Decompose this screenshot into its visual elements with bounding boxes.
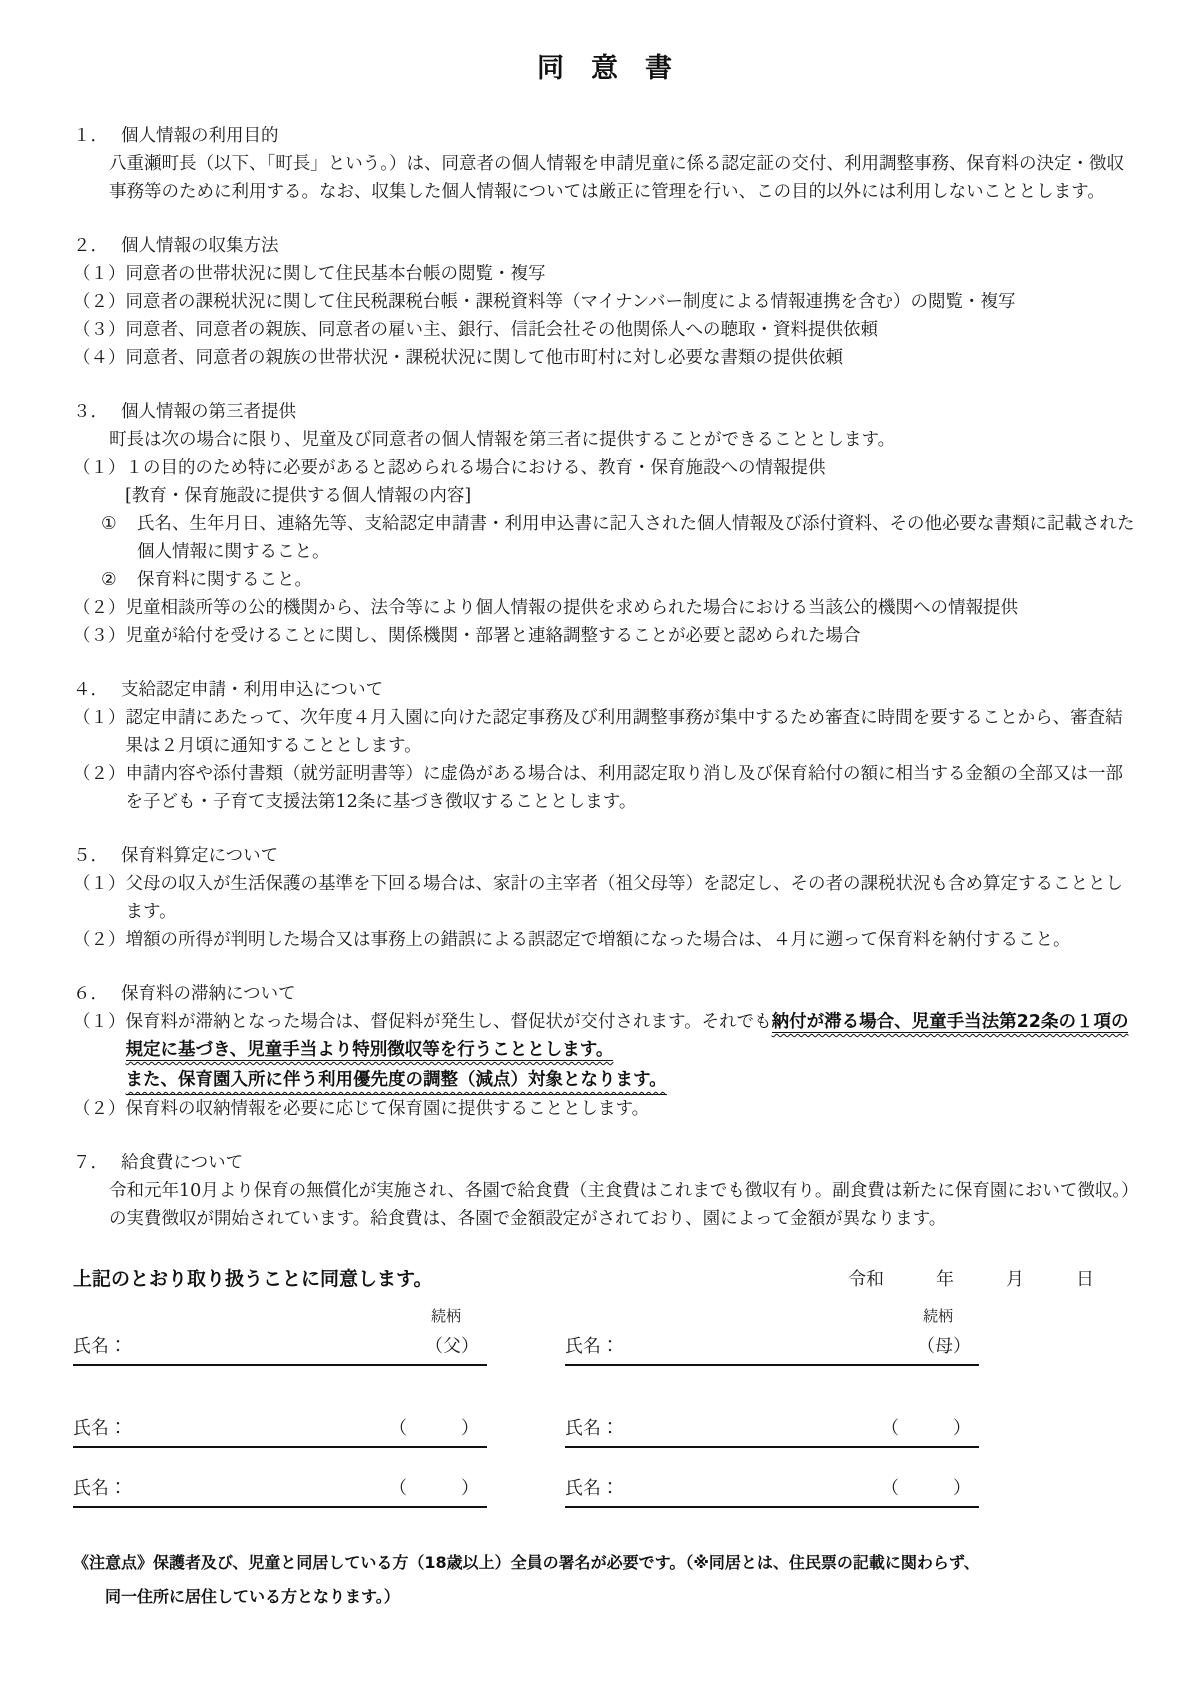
section-number: ７．: [73, 1149, 109, 1177]
item-text: 児童相談所等の公的機関から、法令等により個人情報の提供を求められた場合における当…: [126, 594, 1137, 622]
item-label: （１）: [73, 1008, 126, 1036]
item-text-plain: 保育料が滞納となった場合は、督促料が発生し、督促状が交付されます。それでも: [126, 1012, 772, 1032]
list-item: （１） 認定申請にあたって、次年度４月入園に向けた認定事務及び利用調整事務が集中…: [73, 704, 1136, 760]
signature-line-extra[interactable]: 氏名： （ ）: [565, 1470, 979, 1508]
list-item: （２） 同意者の課税状況に関して住民税課税台帳・課税資料等（マイナンバー制度によ…: [73, 288, 1136, 316]
relationship-value: （母）: [917, 1333, 979, 1361]
section-6: ６．保育料の滞納について （１） 保育料が滞納となった場合は、督促料が発生し、督…: [73, 980, 1136, 1123]
day-label: 日: [1076, 1266, 1094, 1294]
section-number: ３．: [73, 398, 109, 426]
section-title: 個人情報の第三者提供: [121, 402, 296, 422]
item-text: 増額の所得が判明した場合又は事務上の錯誤による誤認定で増額になった場合は、４月に…: [126, 926, 1137, 954]
sub-item-label: ②: [101, 566, 137, 594]
signature-line-father[interactable]: 氏名： （父）: [73, 1328, 487, 1366]
section-title: 保育料の滞納について: [121, 984, 296, 1004]
signature-line-extra[interactable]: 氏名： （ ）: [565, 1410, 979, 1448]
signature-line-extra[interactable]: 氏名： （ ）: [73, 1470, 487, 1508]
section-number: ６．: [73, 980, 109, 1008]
item-text: 保育料の収納情報を必要に応じて保育園に提供することとします。: [126, 1095, 1137, 1123]
section-title: 個人情報の収集方法: [121, 236, 279, 256]
name-label: 氏名：: [73, 1475, 127, 1503]
relationship-header: 続柄: [73, 1304, 487, 1328]
section-heading: ７．給食費について: [73, 1149, 1136, 1177]
section-lead: 町長は次の場合に限り、児童及び同意者の個人情報を第三者に提供することができること…: [73, 426, 1136, 454]
list-item: （２） 保育料の収納情報を必要に応じて保育園に提供することとします。: [73, 1095, 1136, 1123]
sub-item-text: 氏名、生年月日、連絡先等、支給認定申請書・利用申込書に記入された個人情報及び添付…: [137, 510, 1136, 566]
signature-column-left: 続柄 氏名： （父） 氏名： （ ） 氏名： （ ）: [73, 1304, 487, 1508]
consent-statement: 上記のとおり取り扱うことに同意します。: [73, 1265, 432, 1293]
item-text: 申請内容や添付書類（就労証明書等）に虚偽がある場合は、利用認定取り消し及び保育給…: [126, 760, 1137, 816]
item-label: （２）: [73, 288, 126, 316]
signature-line-extra[interactable]: 氏名： （ ）: [73, 1410, 487, 1448]
relationship-value: （ ）: [389, 1415, 487, 1443]
note: 《注意点》保護者及び、児童と同居している方（18歳以上）全員の署名が必要です。（…: [73, 1546, 1136, 1614]
era-label: 令和: [848, 1266, 884, 1294]
relationship-value: （ ）: [881, 1475, 979, 1503]
relationship-value: （ ）: [881, 1415, 979, 1443]
name-label: 氏名：: [565, 1415, 619, 1443]
item-label: （２）: [73, 926, 126, 954]
relationship-value: （ ）: [389, 1475, 487, 1503]
section-number: ２．: [73, 232, 109, 260]
section-5: ５．保育料算定について （１） 父母の収入が生活保護の基準を下回る場合は、家計の…: [73, 842, 1136, 954]
list-item: （１） 保育料が滞納となった場合は、督促料が発生し、督促状が交付されます。それで…: [73, 1008, 1136, 1095]
note-line: 《注意点》保護者及び、児童と同居している方（18歳以上）全員の署名が必要です。（…: [73, 1546, 1136, 1580]
section-title: 保育料算定について: [121, 846, 278, 866]
section-heading: ３．個人情報の第三者提供: [73, 398, 1136, 426]
signature-line-mother[interactable]: 氏名： （母）: [565, 1328, 979, 1366]
consent-form-page: 同 意 書 １．個人情報の利用目的 八重瀬町長（以下、「町長」という。）は、同意…: [0, 0, 1200, 1697]
section-1: １．個人情報の利用目的 八重瀬町長（以下、「町長」という。）は、同意者の個人情報…: [73, 122, 1136, 206]
item-text: 保育料が滞納となった場合は、督促料が発生し、督促状が交付されます。それでも納付が…: [126, 1008, 1137, 1095]
bracket-note: [教育・保育施設に提供する個人情報の内容]: [73, 482, 1136, 510]
section-heading: ２．個人情報の収集方法: [73, 232, 1136, 260]
section-heading: ５．保育料算定について: [73, 842, 1136, 870]
list-item: （２） 申請内容や添付書類（就労証明書等）に虚偽がある場合は、利用認定取り消し及…: [73, 760, 1136, 816]
sub-item-label: ①: [101, 510, 137, 538]
section-title: 支給認定申請・利用申込について: [121, 680, 383, 700]
item-label: （１）: [73, 454, 126, 482]
item-label: （２）: [73, 1095, 126, 1123]
item-text: １の目的のため特に必要があると認められる場合における、教育・保育施設への情報提供: [126, 454, 1137, 482]
name-label: 氏名：: [73, 1415, 127, 1443]
item-label: （３）: [73, 622, 126, 650]
item-text: 同意者の世帯状況に関して住民基本台帳の閲覧・複写: [126, 260, 1137, 288]
date-line[interactable]: 令和 年 月 日: [848, 1266, 1094, 1294]
list-item: （２） 増額の所得が判明した場合又は事務上の錯誤による誤認定で増額になった場合は…: [73, 926, 1136, 954]
relationship-header: 続柄: [565, 1304, 979, 1328]
consent-row: 上記のとおり取り扱うことに同意します。 令和 年 月 日: [73, 1265, 1136, 1294]
item-text: 同意者、同意者の親族、同意者の雇い主、銀行、信託会社その他関係人への聴取・資料提…: [126, 316, 1137, 344]
signature-column-right: 続柄 氏名： （母） 氏名： （ ） 氏名： （ ）: [565, 1304, 979, 1508]
section-title: 個人情報の利用目的: [121, 126, 279, 146]
name-label: 氏名：: [565, 1475, 619, 1503]
name-label: 氏名：: [565, 1333, 619, 1361]
item-label: （２）: [73, 760, 126, 788]
section-3: ３．個人情報の第三者提供 町長は次の場合に限り、児童及び同意者の個人情報を第三者…: [73, 398, 1136, 650]
sub-list-item: ② 保育料に関すること。: [73, 566, 1136, 594]
section-title: 給食費について: [121, 1153, 243, 1173]
section-number: ４．: [73, 676, 109, 704]
list-item: （２） 児童相談所等の公的機関から、法令等により個人情報の提供を求められた場合に…: [73, 594, 1136, 622]
item-label: （４）: [73, 344, 126, 372]
list-item: （１） 同意者の世帯状況に関して住民基本台帳の閲覧・複写: [73, 260, 1136, 288]
item-text: 父母の収入が生活保護の基準を下回る場合は、家計の主宰者（祖父母等）を認定し、その…: [126, 870, 1137, 926]
signature-block: 続柄 氏名： （父） 氏名： （ ） 氏名： （ ） 続柄 氏名： （母） 氏名…: [73, 1304, 1136, 1508]
section-heading: １．個人情報の利用目的: [73, 122, 1136, 150]
item-text: 認定申請にあたって、次年度４月入園に向けた認定事務及び利用調整事務が集中するため…: [126, 704, 1137, 760]
emphasis-text: また、保育園入所に伴う利用優先度の調整（減点）対象となります。: [126, 1066, 667, 1095]
section-number: ５．: [73, 842, 109, 870]
section-heading: ４．支給認定申請・利用申込について: [73, 676, 1136, 704]
month-label: 月: [1006, 1266, 1024, 1294]
item-text: 同意者、同意者の親族の世帯状況・課税状況に関して他市町村に対し必要な書類の提供依…: [126, 344, 1137, 372]
item-label: （３）: [73, 316, 126, 344]
sub-list-item: ① 氏名、生年月日、連絡先等、支給認定申請書・利用申込書に記入された個人情報及び…: [73, 510, 1136, 566]
section-number: １．: [73, 122, 109, 150]
section-2: ２．個人情報の収集方法 （１） 同意者の世帯状況に関して住民基本台帳の閲覧・複写…: [73, 232, 1136, 372]
list-item: （４） 同意者、同意者の親族の世帯状況・課税状況に関して他市町村に対し必要な書類…: [73, 344, 1136, 372]
section-heading: ６．保育料の滞納について: [73, 980, 1136, 1008]
section-4: ４．支給認定申請・利用申込について （１） 認定申請にあたって、次年度４月入園に…: [73, 676, 1136, 816]
year-label: 年: [936, 1266, 954, 1294]
section-paragraph: 八重瀬町長（以下、「町長」という。）は、同意者の個人情報を申請児童に係る認定証の…: [73, 150, 1136, 206]
list-item: （１） １の目的のため特に必要があると認められる場合における、教育・保育施設への…: [73, 454, 1136, 482]
page-title: 同 意 書: [73, 52, 1136, 86]
item-label: （１）: [73, 260, 126, 288]
list-item: （３） 児童が給付を受けることに関し、関係機関・部署と連絡調整することが必要と認…: [73, 622, 1136, 650]
item-label: （１）: [73, 870, 126, 898]
note-line: 同一住所に居住している方となります。）: [73, 1580, 1136, 1614]
name-label: 氏名：: [73, 1333, 127, 1361]
item-text: 児童が給付を受けることに関し、関係機関・部署と連絡調整することが必要と認められた…: [126, 622, 1137, 650]
sub-item-text: 保育料に関すること。: [137, 566, 1136, 594]
item-label: （１）: [73, 704, 126, 732]
section-paragraph: 令和元年10月より保育の無償化が実施され、各園で給食費（主食費はこれまでも徴収有…: [73, 1177, 1136, 1233]
section-7: ７．給食費について 令和元年10月より保育の無償化が実施され、各園で給食費（主食…: [73, 1149, 1136, 1233]
list-item: （３） 同意者、同意者の親族、同意者の雇い主、銀行、信託会社その他関係人への聴取…: [73, 316, 1136, 344]
item-text: 同意者の課税状況に関して住民税課税台帳・課税資料等（マイナンバー制度による情報連…: [126, 288, 1137, 316]
item-label: （２）: [73, 594, 126, 622]
list-item: （１） 父母の収入が生活保護の基準を下回る場合は、家計の主宰者（祖父母等）を認定…: [73, 870, 1136, 926]
relationship-value: （父）: [425, 1333, 487, 1361]
